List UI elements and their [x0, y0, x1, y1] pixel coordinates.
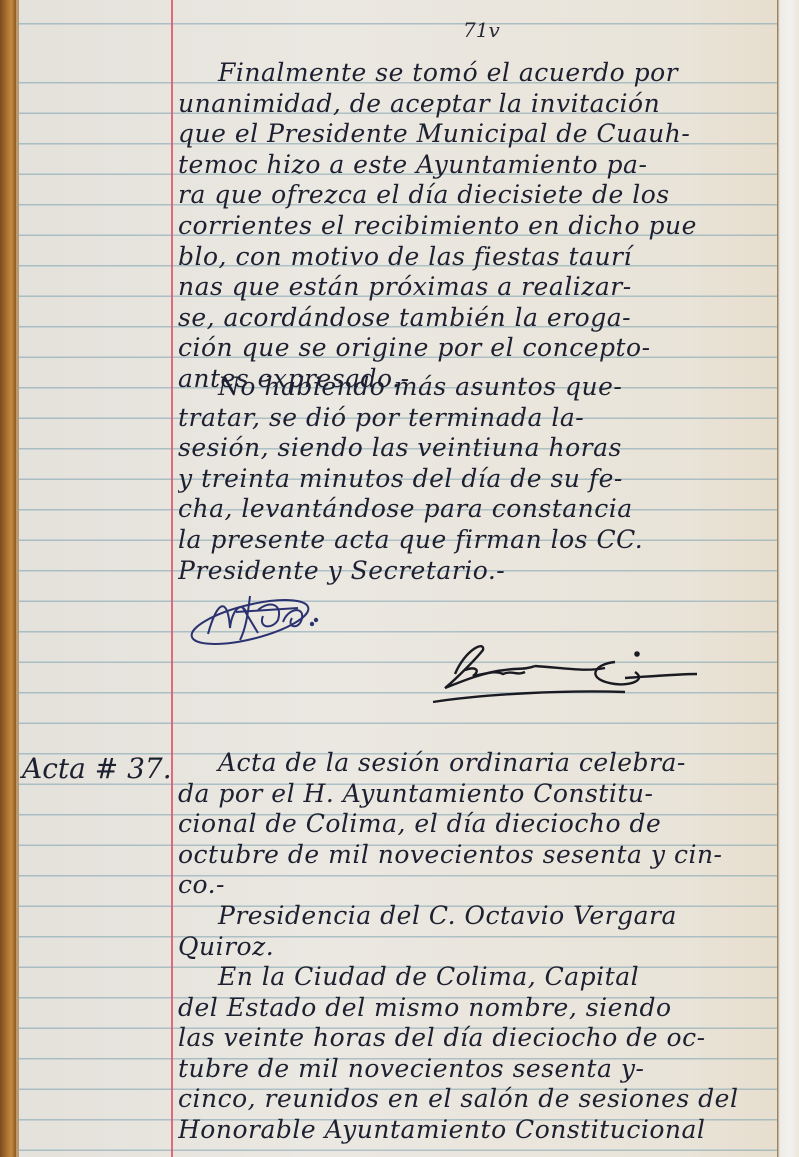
page-right-edge: [777, 0, 799, 1157]
text-line: del Estado del mismo nombre, siendo: [178, 993, 778, 1024]
text-line: sesión, siendo las veintiuna horas: [178, 433, 778, 464]
text-line: ción que se origine por el concepto-: [178, 333, 778, 364]
book-binding-edge: [0, 0, 16, 1157]
paragraph-cierre: No habiendo más asuntos que- tratar, se …: [178, 372, 778, 586]
text-line: cha, levantándose para constancia: [178, 494, 778, 525]
text-line: cional de Colima, el día dieciocho de: [178, 809, 778, 840]
paragraph-acta-37: Acta de la sesión ordinaria celebra- da …: [178, 748, 778, 901]
text-line: Honorable Ayuntamiento Constitucional: [178, 1115, 778, 1146]
text-line: Quiroz.: [178, 932, 778, 963]
signature-president: [188, 588, 358, 648]
paragraph-apertura: En la Ciudad de Colima, Capital del Esta…: [178, 962, 778, 1146]
text-line: tratar, se dió por terminada la-: [178, 403, 778, 434]
paragraph-acuerdo: Finalmente se tomó el acuerdo por unanim…: [178, 58, 778, 395]
text-line: la presente acta que firman los CC.: [178, 525, 778, 556]
text-line: que el Presidente Municipal de Cuauh-: [178, 119, 778, 150]
text-line: Presidente y Secretario.-: [178, 556, 778, 587]
text-line: No habiendo más asuntos que-: [178, 372, 778, 403]
ledger-page: 71v Finalmente se tomó el acuerdo por un…: [0, 0, 799, 1157]
text-line: ra que ofrezca el día diecisiete de los: [178, 180, 778, 211]
text-line: y treinta minutos del día de su fe-: [178, 464, 778, 495]
text-line: tubre de mil novecientos sesenta y-: [178, 1054, 778, 1085]
text-line: corrientes el recibimiento en dicho pue: [178, 211, 778, 242]
text-line: octubre de mil novecientos sesenta y cin…: [178, 840, 778, 871]
text-line: En la Ciudad de Colima, Capital: [178, 962, 778, 993]
text-line: da por el H. Ayuntamiento Constitu-: [178, 779, 778, 810]
folio-number: 71v: [463, 18, 500, 42]
paragraph-presidencia: Presidencia del C. Octavio Vergara Quiro…: [178, 901, 778, 962]
text-line: co.-: [178, 870, 778, 901]
text-line: Presidencia del C. Octavio Vergara: [178, 901, 778, 932]
margin-note-acta-number: Acta # 37.: [22, 752, 172, 785]
text-line: nas que están próximas a realizar-: [178, 272, 778, 303]
text-line: temoc hizo a este Ayuntamiento pa-: [178, 150, 778, 181]
text-line: unanimidad, de aceptar la invitación: [178, 89, 778, 120]
text-line: blo, con motivo de las fiestas taurí: [178, 242, 778, 273]
signature-secretary: [425, 640, 705, 705]
text-line: Finalmente se tomó el acuerdo por: [178, 58, 778, 89]
red-margin-line: [171, 0, 173, 1157]
text-line: cinco, reunidos en el salón de sesiones …: [178, 1084, 778, 1115]
text-line: Acta de la sesión ordinaria celebra-: [178, 748, 778, 779]
text-line: las veinte horas del día dieciocho de oc…: [178, 1023, 778, 1054]
text-line: se, acordándose también la eroga-: [178, 303, 778, 334]
